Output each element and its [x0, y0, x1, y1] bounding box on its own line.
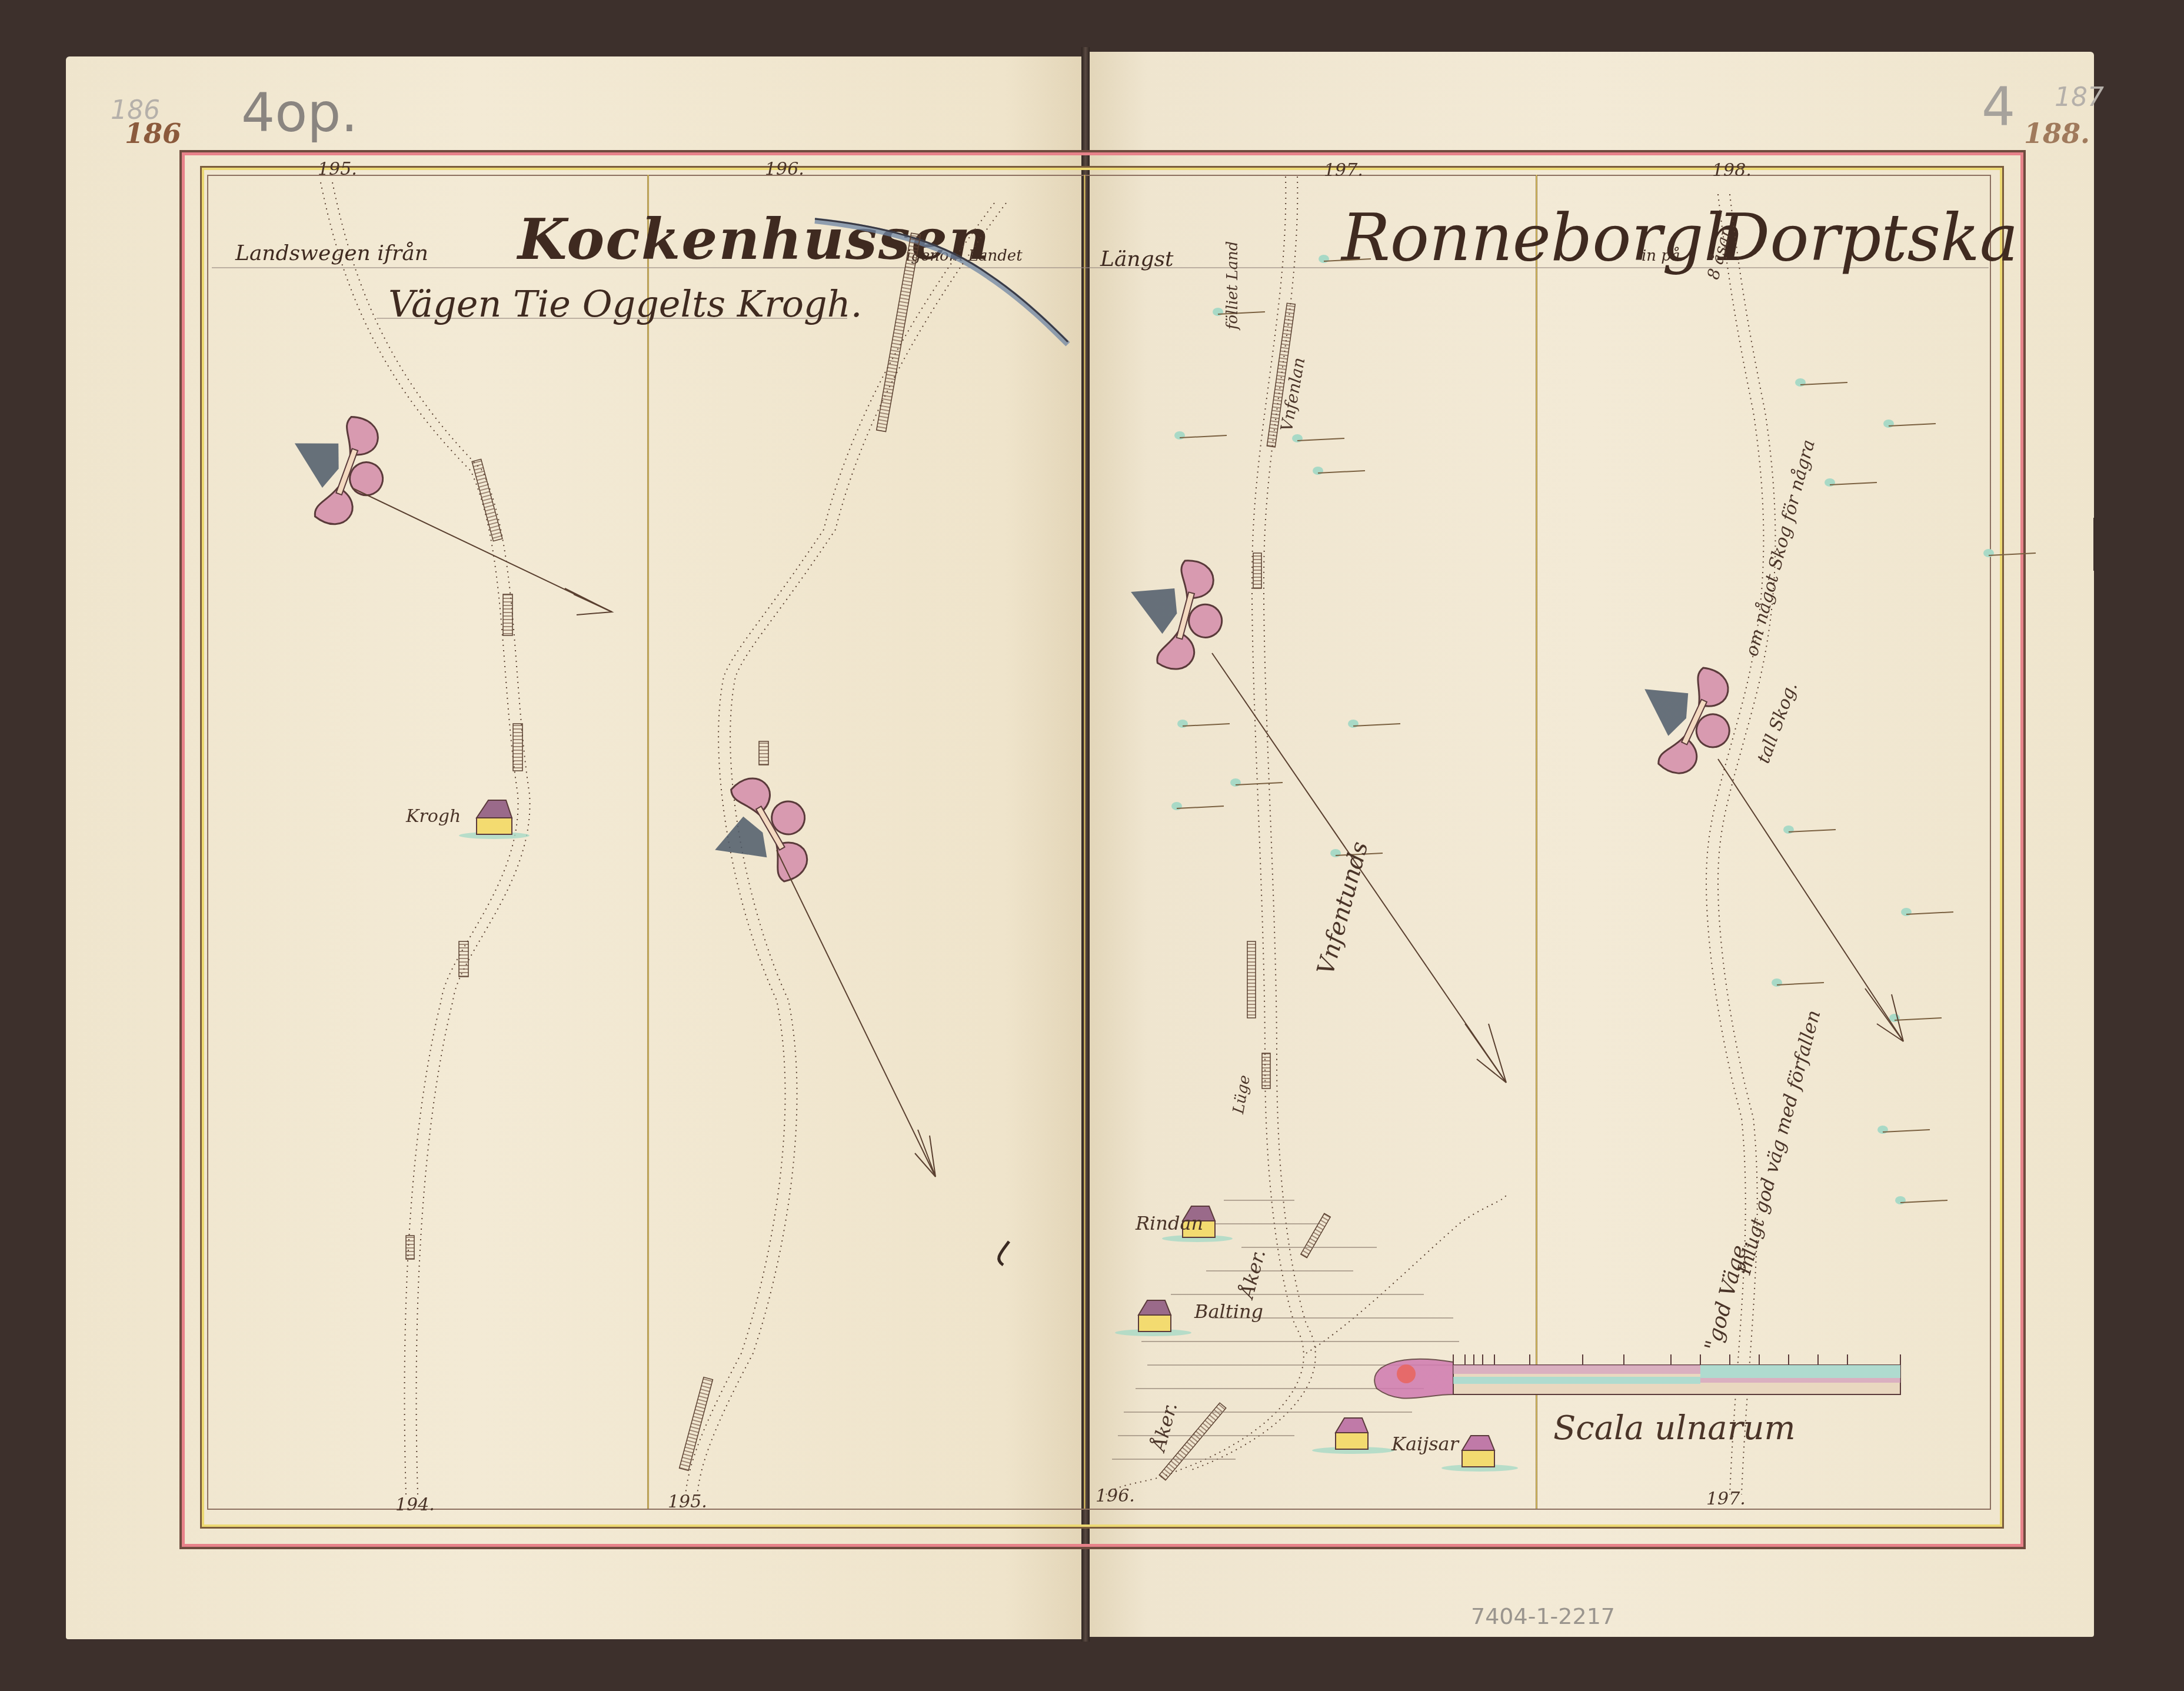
strip-top-number-3: 197.	[1324, 160, 1363, 181]
strip-top-number-1: 195.	[318, 159, 357, 179]
strip-divider-1	[647, 175, 649, 1509]
pencil-note-left: 4op.	[241, 82, 358, 144]
strip-bottom-number-4: 197.	[1706, 1489, 1746, 1509]
strip-bottom-number-3: 196.	[1096, 1486, 1135, 1506]
pencil-note-right: 4	[1982, 76, 2015, 138]
title-text-3: Längst	[1100, 247, 1174, 271]
ink-page-number-left: 186	[125, 118, 181, 149]
strip-divider-2	[1084, 175, 1086, 1509]
strip-bottom-number-2: 195.	[668, 1492, 707, 1512]
place-label-balting: Balting	[1194, 1300, 1263, 1323]
place-label-rindan: Rindan	[1136, 1212, 1203, 1234]
title-place-dorptska: Dorptska	[1718, 200, 2018, 275]
ink-page-number-right: 188.	[2024, 118, 2090, 149]
title-line-2: Vägen Tie Oggelts Krogh.	[388, 282, 862, 325]
pencil-page-number-right: 187	[2055, 82, 2104, 112]
strip-bottom-number-1: 194.	[395, 1494, 435, 1515]
strip-divider-3	[1536, 175, 1537, 1509]
title-text-1: Landswegen ifrån	[235, 241, 428, 265]
place-label-kaijsar: Kaijsar	[1391, 1433, 1459, 1455]
scale-label: Scala ulnarum	[1553, 1409, 1796, 1447]
annotation-strip3-top: fölliet Land	[1224, 241, 1241, 329]
strip-top-number-4: 198.	[1712, 160, 1752, 181]
title-text-4: in på	[1642, 247, 1680, 265]
place-label-krogh: Krogh	[406, 806, 461, 827]
title-place-ronneborgh: Ronneborgh	[1341, 200, 1745, 275]
title-text-2: igenom Landet	[906, 247, 1023, 265]
archive-shelfmark: 7404-1-2217	[1471, 1603, 1615, 1629]
page-tear	[2093, 518, 2104, 571]
strip-top-number-2: 196.	[765, 159, 804, 179]
